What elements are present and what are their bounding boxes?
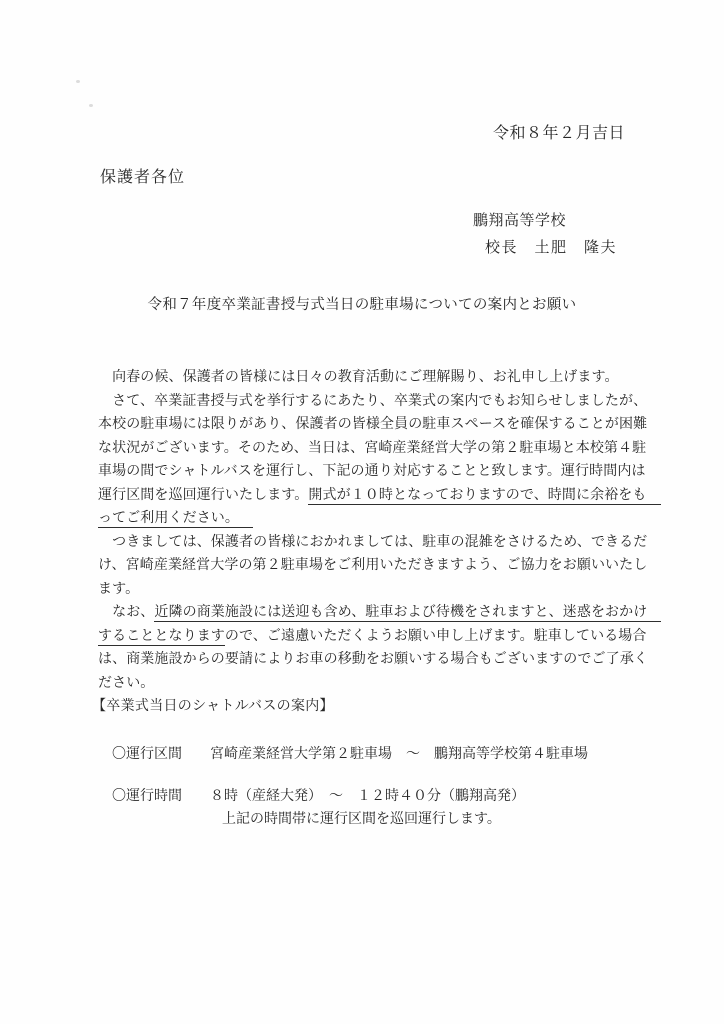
time-section-value: ８時（産経大発） ～ １２時４０分（鵬翔高発） <box>210 785 525 805</box>
body-line: 向春の候、保護者の皆様には日々の教育活動にご理解賜り、お礼申し上げます。 <box>98 365 654 389</box>
shuttle-section-heading: 【卒業式当日のシャトルバスの案内】 <box>92 695 334 715</box>
body-line: 本校の駐車場には限りがあり、保護者の皆様全員の駐車スペースを確保することが困難 <box>98 412 654 436</box>
scanned-letter-page: 令和８年２月吉日 保護者各位 鵬翔高等学校 校長 土肥 隆夫 令和７年度卒業証書… <box>0 0 724 1024</box>
text-segment: つきましては、保護者の皆様におかれましては、駐車の混雑をさけるため、できるだ <box>98 533 647 549</box>
text-segment: け、宮崎産業経営大学の第２駐車場をご利用いただきますよう、ご協力をお願いいたし <box>98 556 647 572</box>
underlined-text-segment: することとなります <box>98 627 225 646</box>
document-title: 令和７年度卒業証書授与式当日の駐車場についての案内とお願い <box>0 293 724 314</box>
body-line: なお、近隣の商業施設には送迎も含め、駐車および待機をされますと、迷惑をおかけ <box>98 600 654 624</box>
body-line: つきましては、保護者の皆様におかれましては、駐車の混雑をさけるため、できるだ <box>98 530 654 554</box>
sender-principal-name: 校長 土肥 隆夫 <box>485 236 617 257</box>
body-line: は、商業施設からの要請によりお車の移動をお願いする場合もございますのでご了承く <box>98 647 654 671</box>
shuttle-time-row: 〇運行時間 ８時（産経大発） ～ １２時４０分（鵬翔高発） <box>112 785 652 805</box>
body-line: することとなりますので、ご遠慮いただくようお願い申し上げます。駐車している場合 <box>98 624 654 648</box>
route-section-value: 宮崎産業経営大学第２駐車場 ～ 鵬翔高等学校第４駐車場 <box>210 743 588 763</box>
date-line: 令和８年２月吉日 <box>493 120 625 143</box>
body-line: け、宮崎産業経営大学の第２駐車場をご利用いただきますよう、ご協力をお願いいたし <box>98 553 654 577</box>
recipient-line: 保護者各位 <box>100 164 185 187</box>
time-section-note: 上記の時間帯に運行区間を巡回運行します。 <box>222 808 501 828</box>
body-line: な状況がございます。そのため、当日は、宮崎産業経営大学の第２駐車場と本校第４駐 <box>98 436 654 460</box>
shuttle-route-row: 〇運行区間 宮崎産業経営大学第２駐車場 ～ 鵬翔高等学校第４駐車場 <box>112 743 652 763</box>
text-segment: 本校の駐車場には限りがあり、保護者の皆様全員の駐車スペースを確保することが困難 <box>98 415 647 431</box>
underlined-text-segment: ってご利用ください。 <box>98 509 253 528</box>
body-line: 運行区間を巡回運行いたします。開式が１０時となっておりますので、時間に余裕をも <box>98 483 654 507</box>
text-segment: ださい。 <box>98 674 154 690</box>
body-line: ます。 <box>98 577 654 601</box>
body-line: ださい。 <box>98 671 654 695</box>
text-segment: 車場の間でシャトルバスを運行し、下記の通り対応することと致します。運行時間内は <box>98 462 646 478</box>
text-segment: な状況がございます。そのため、当日は、宮崎産業経営大学の第２駐車場と本校第４駐 <box>98 439 646 455</box>
scan-noise-speck <box>89 104 93 107</box>
text-segment: ます。 <box>98 580 139 596</box>
body-paragraphs: 向春の候、保護者の皆様には日々の教育活動にご理解賜り、お礼申し上げます。 さて、… <box>98 365 654 694</box>
text-segment: ので、ご遠慮いただくようお願い申し上げます。駐車している場合 <box>225 627 647 643</box>
text-segment: は、商業施設からの要請によりお車の移動をお願いする場合もございますのでご了承く <box>98 650 648 666</box>
time-section-label: 〇運行時間 <box>112 785 182 805</box>
body-line: さて、卒業証書授与式を挙行するにあたり、卒業式の案内でもお知らせしましたが、 <box>98 389 654 413</box>
text-segment: 運行区間を巡回運行いたします。 <box>98 486 308 502</box>
route-section-label: 〇運行区間 <box>112 743 182 763</box>
sender-school-name: 鵬翔高等学校 <box>473 209 566 230</box>
body-line: 車場の間でシャトルバスを運行し、下記の通り対応することと致します。運行時間内は <box>98 459 654 483</box>
text-segment: なお、 <box>98 603 154 619</box>
scan-noise-speck <box>76 80 80 83</box>
body-line: ってご利用ください。 <box>98 506 654 530</box>
text-segment: さて、卒業証書授与式を挙行するにあたり、卒業式の案内でもお知らせしましたが、 <box>98 392 647 408</box>
underlined-text-segment: 近隣の商業施設には送迎も含め、駐車および待機をされますと、迷惑をおかけ <box>154 603 661 622</box>
text-segment: 向春の候、保護者の皆様には日々の教育活動にご理解賜り、お礼申し上げます。 <box>98 368 619 384</box>
underlined-text-segment: 開式が１０時となっておりますので、時間に余裕をも <box>308 486 660 505</box>
